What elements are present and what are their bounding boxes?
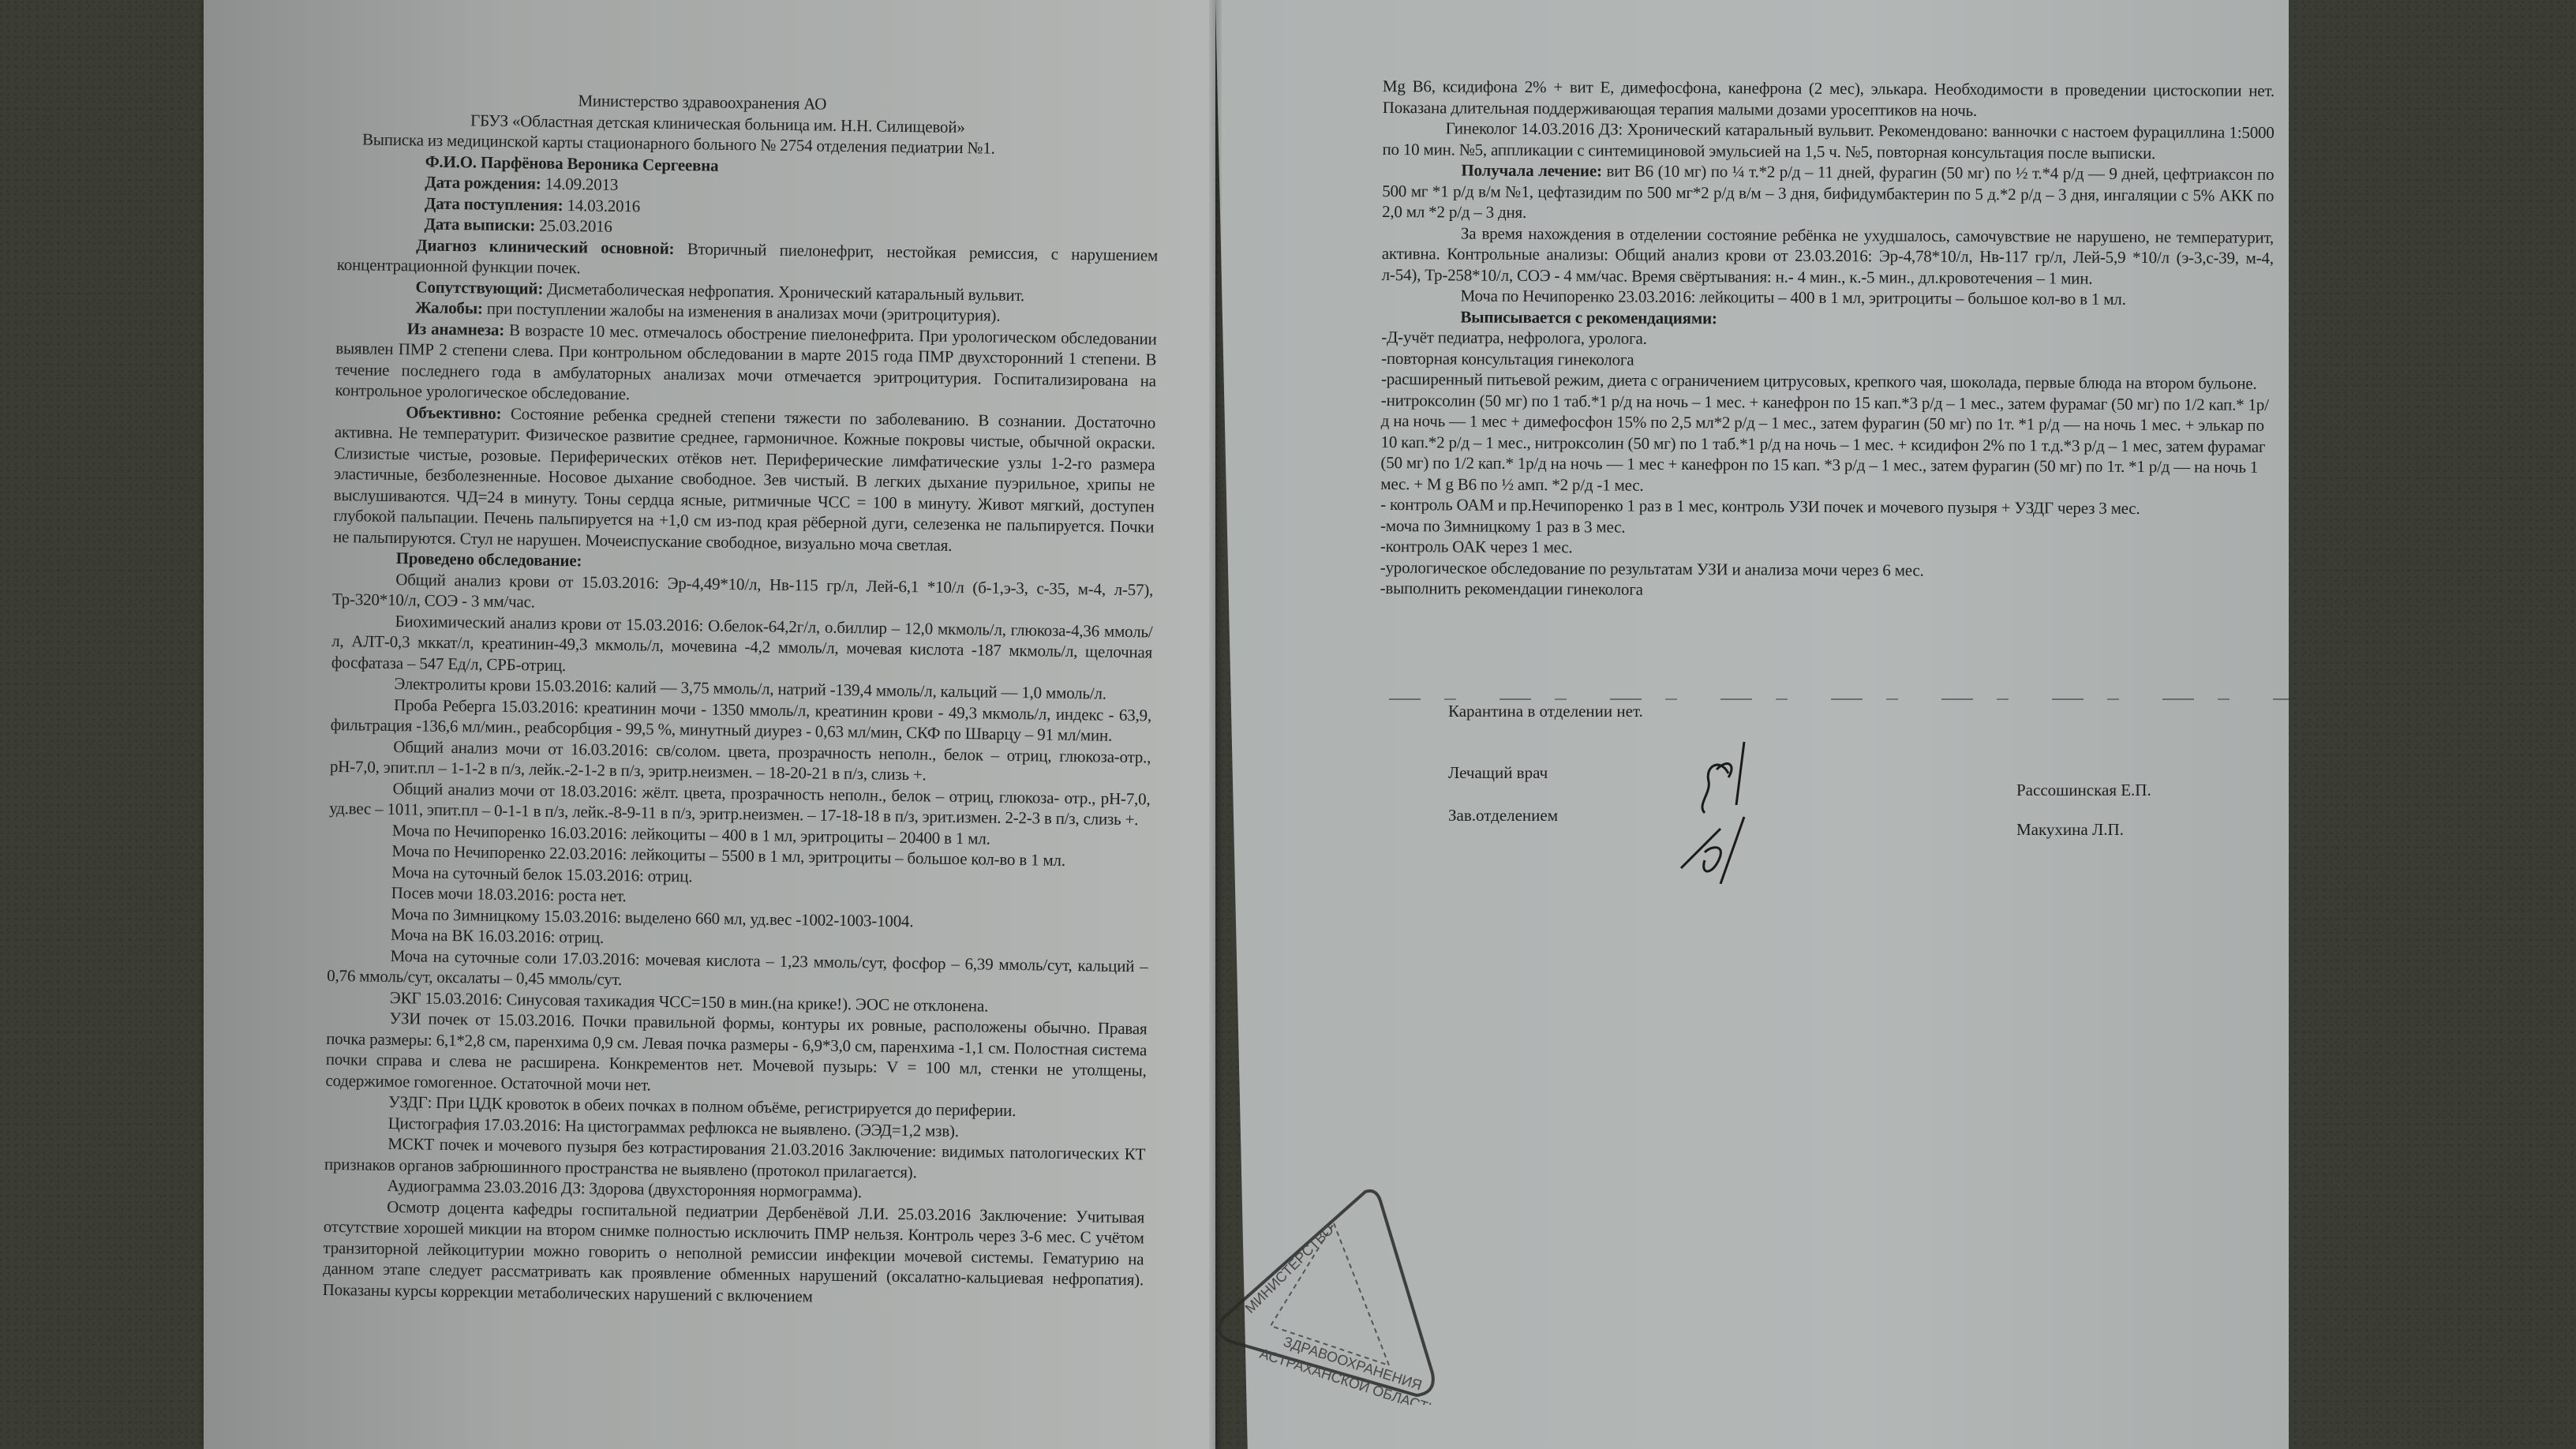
head-name: Макухина Л.П. (2016, 819, 2124, 840)
course: За время нахождения в отделении состояни… (1382, 222, 2274, 289)
exam-item: Осмотр доцента кафедры госпитальной педи… (323, 1195, 1145, 1311)
admission-date: 14.03.2016 (567, 196, 640, 215)
admission-date-label: Дата поступления: (425, 193, 563, 214)
page-separator (1389, 698, 2297, 700)
discharge-date: 25.03.2016 (539, 216, 612, 236)
recommendations-list: -Д-учёт педиатра, нефролога, уролога.-по… (1380, 327, 2274, 603)
birth-date-label: Дата рождения: (425, 173, 541, 193)
objective-label: Объективно: (406, 402, 501, 423)
recommendation-item: -нитроксолин (50 мг) по 1 таб.*1 р/д на … (1380, 389, 2273, 498)
continuation: Mg B6, ксидифона 2% + вит Е, димефосфона… (1383, 76, 2275, 122)
attending-name: Рассошинская Е.П. (2016, 780, 2151, 800)
signature-icon (1673, 726, 1799, 884)
left-page-text: Министерство здравоохранения АО ГБУЗ «Об… (323, 87, 1160, 1311)
anamnesis-label: Из анамнеза: (407, 319, 505, 339)
right-page-text: Mg B6, ксидифона 2% + вит Е, димефосфона… (1380, 76, 2275, 603)
birth-date: 14.09.2013 (545, 174, 619, 194)
diagnosis-main-label: Диагноз клинический основной: (416, 235, 675, 258)
treatment: Получала лечение: вит В6 (10 мг) по ¼ т.… (1382, 159, 2274, 227)
gynecologist: Гинеколог 14.03.2016 ДЗ: Хронический кат… (1382, 118, 2274, 164)
diagnosis-concomitant-label: Сопутствующий: (415, 277, 543, 298)
exam-item: Биохимический анализ крови от 15.03.2016… (331, 609, 1153, 683)
quarantine-note: Карантина в отделении нет. (1448, 701, 1643, 721)
exam-item: УЗИ почек от 15.03.2016. Почки правильно… (325, 1007, 1147, 1103)
objective-text: Состояние ребенка средней степени тяжест… (333, 404, 1155, 555)
stamp-icon: МИНИСТЕРСТВО ЗДРАВООХРАНЕНИЯ АСТРАХАНСКО… (1207, 1176, 1444, 1405)
complaints-label: Жалобы: (415, 298, 483, 317)
anamnesis: Из анамнеза: В возрасте 10 мес. отмечало… (335, 316, 1156, 412)
patient-name-label: Ф.И.О. (425, 152, 477, 171)
exam-list: Общий анализ крови от 15.03.2016: Эр-4,4… (323, 567, 1154, 1311)
attending-label: Лечащий врач (1448, 762, 1548, 783)
discharge-date-label: Дата выписки: (424, 215, 535, 235)
objective: Объективно: Состояние ребенка средней ст… (333, 400, 1155, 558)
treatment-label: Получала лечение: (1461, 161, 1602, 181)
svg-text:МИНИСТЕРСТВО: МИНИСТЕРСТВО (1242, 1222, 1337, 1316)
head-label: Зав.отделением (1448, 805, 1558, 826)
patient-name: Парфёнова Вероника Сергеевна (481, 152, 719, 174)
